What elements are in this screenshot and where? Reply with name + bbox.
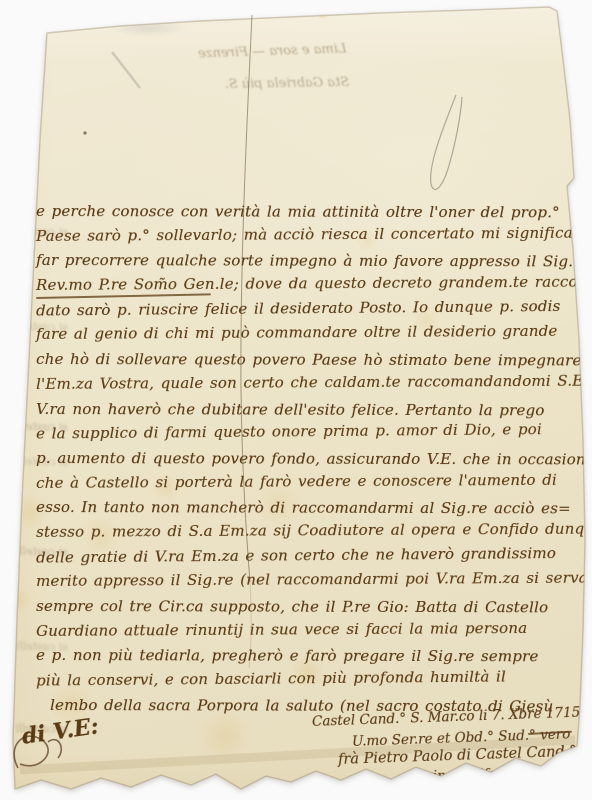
letter-line: Paese sarò p.° sollevarlo; mà acciò ries… <box>36 220 573 248</box>
paper-sheet: Ill.mo Sig.re P.ron Col.mo Lima e sora —… <box>0 0 592 800</box>
closing-signature-role: minore riformato <box>420 765 538 785</box>
letter-line: fare al genio di chi mi può commandare o… <box>36 319 573 347</box>
letter-line: stesso p. mezzo di S.a Em.za sij Coadiut… <box>36 517 573 545</box>
letter-line: più la conservi, e con basciarli con più… <box>36 664 573 693</box>
letter-line: che à Castello si porterà la farò vedere… <box>36 467 573 495</box>
bleedthrough-line-2: Sta Gabriela più S. <box>225 75 349 92</box>
letter-line: l'Em.za Vostra, quale son certo che cald… <box>36 369 573 397</box>
closing-addressee-abbrev: di V.E: <box>20 713 100 749</box>
letter-body: e perche conosce con verità la mia attin… <box>36 199 573 717</box>
letter-line: Guardiano attuale rinuntij in sua vece s… <box>36 615 573 643</box>
letter-line: Rev.mo P.re Som̃o Gen.le; dove da questo… <box>36 270 573 298</box>
bleedthrough-line-1: Lima e sora — Firenze <box>198 41 347 61</box>
letter-line: e la supplico di farmi questo onore prim… <box>36 417 573 446</box>
letter-line: merito appresso il Sig.re (nel raccomand… <box>36 566 573 594</box>
bleedthrough-top-flourish: Ill.mo Sig.re P.ron Col.mo <box>195 0 390 25</box>
letter-scan: Ill.mo Sig.re P.ron Col.mo Lima e sora —… <box>0 0 592 800</box>
paper-shadow: Ill.mo Sig.re P.ron Col.mo Lima e sora —… <box>0 0 592 800</box>
